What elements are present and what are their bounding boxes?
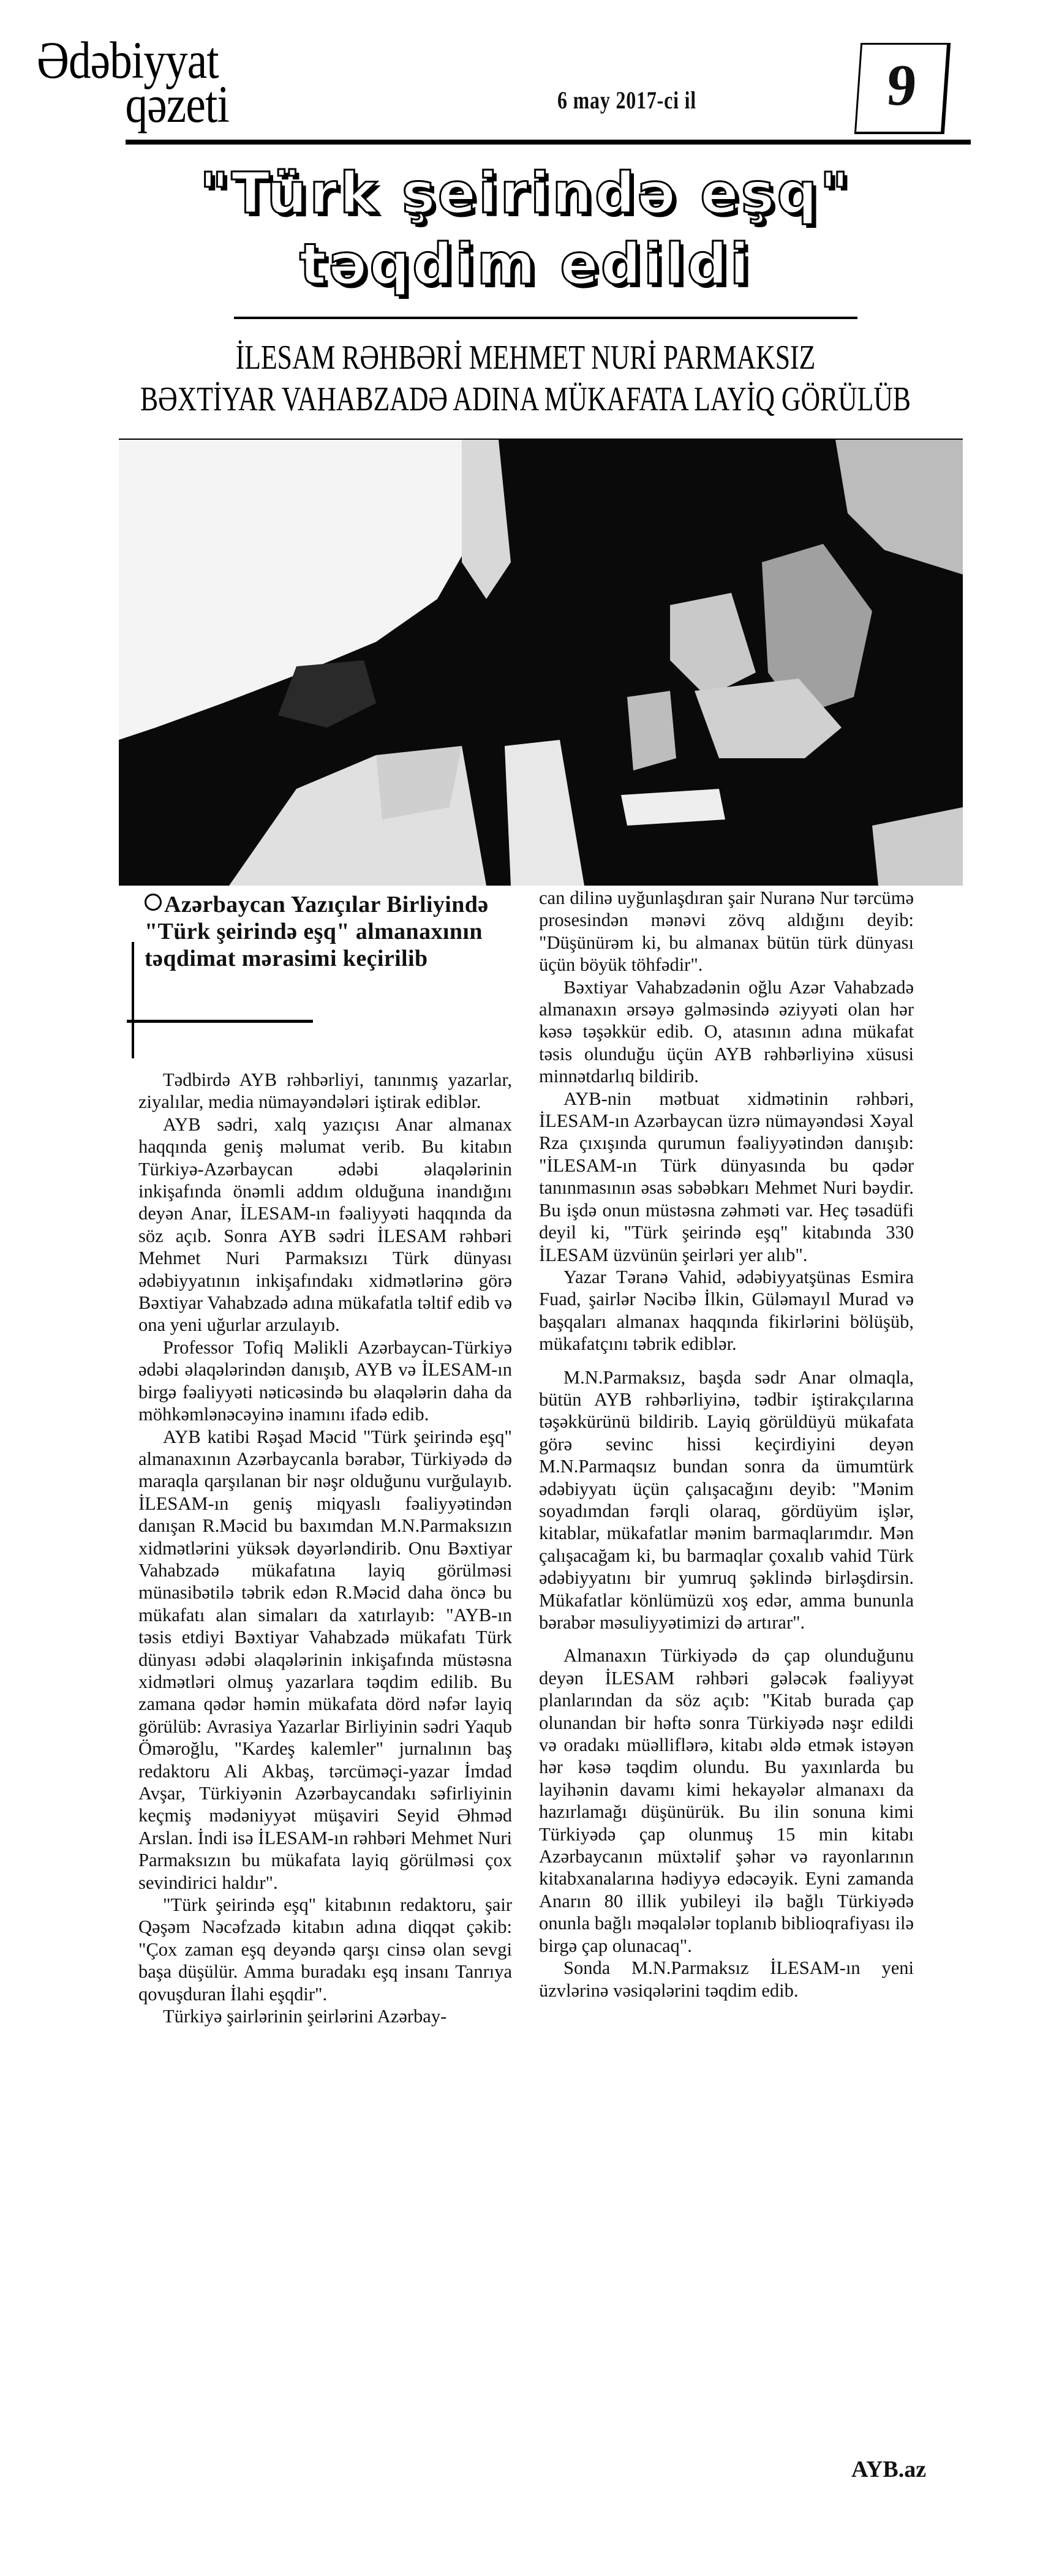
paragraph: Yazar Təranə Vahid, ədəbiyyatşünas Esmir… <box>539 1266 914 1355</box>
masthead-title: Ədəbiyyat qəzeti <box>37 38 229 126</box>
article-column-left: Tədbirdə AYB rəhbərliyi, tanınmış yazarl… <box>138 1069 512 2027</box>
paragraph: Türkiyə şairlərinin şeirlərini Azərbay- <box>138 2005 512 2027</box>
photo-image-icon <box>119 440 963 886</box>
source-byline: AYB.az <box>851 2456 926 2483</box>
paragraph: Sonda M.N.Parmaksız İLESAM-ın yeni üzvlə… <box>539 1957 914 2002</box>
article-lead: Azərbaycan Yazıçılar Birliyində "Türk şe… <box>145 891 512 972</box>
page-number-box: 9 <box>854 43 951 134</box>
paragraph: Tədbirdə AYB rəhbərliyi, tanınmış yazarl… <box>138 1069 512 1113</box>
paragraph: Almanaxın Türkiyədə də çap olunduğunu de… <box>539 1644 914 1957</box>
paragraph: can dilinə uyğunlaşdıran şair Nuranə Nur… <box>539 887 914 976</box>
circle-bullet-icon <box>145 894 162 911</box>
ceremony-photo <box>119 439 963 886</box>
paragraph: M.N.Parmaksız, başda sədr Anar olmaqla, … <box>539 1366 914 1634</box>
paragraph: "Türk şeirində eşq" kitabının redaktoru,… <box>138 1894 512 2005</box>
subheadline-line2: BƏXTİYAR VAHABZADƏ ADINA MÜKAFATA LAYİQ … <box>116 380 935 419</box>
lead-text: Azərbaycan Yazıçılar Birliyində "Türk şe… <box>145 892 489 971</box>
paragraph: AYB katibi Rəşad Məcid "Türk şeirində eş… <box>138 1426 512 1894</box>
paragraph: Professor Tofiq Məlikli Azərbaycan-Türki… <box>138 1336 512 1426</box>
headline-divider <box>234 317 857 319</box>
headline-line2: təqdim edildi <box>0 232 1051 297</box>
subheadline-line1: İLESAM RƏHBƏRİ MEHMET NURİ PARMAKSIZ <box>116 338 935 377</box>
paragraph: Bəxtiyar Vahabzadənin oğlu Azər Vahabzad… <box>539 976 914 1088</box>
headline-line1: "Türk şeirində eşq" <box>0 160 1051 226</box>
article-column-right: can dilinə uyğunlaşdıran şair Nuranə Nur… <box>539 887 914 2002</box>
paragraph: AYB sədri, xalq yazıçısı Anar almanax ha… <box>138 1113 512 1336</box>
lead-rule-horizontal <box>127 1020 313 1023</box>
masthead-divider <box>126 140 971 145</box>
issue-date: 6 may 2017-ci il <box>557 86 696 115</box>
paragraph: AYB-nin mətbuat xidmətinin rəhbəri, İLES… <box>539 1088 914 1266</box>
lead-rule-vertical <box>132 942 134 1058</box>
